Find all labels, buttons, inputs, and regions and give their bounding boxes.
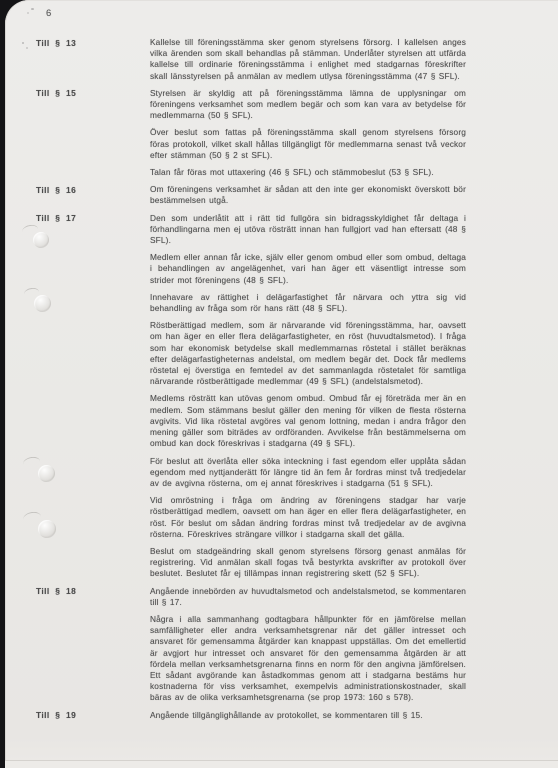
paragraph: Angående innebörden av huvudtalsmetod oc… (150, 586, 466, 608)
paragraph: Talan får föras mot uttaxering (46 § SFL… (150, 167, 466, 178)
paragraph: Några i alla sammanhang godtagbara hållp… (150, 614, 466, 704)
paragraph: Innehavare av rättighet i delägarfastigh… (150, 292, 466, 314)
paragraph: Styrelsen är skyldig att på föreningsstä… (150, 88, 466, 122)
section-text: Om föreningens verksamhet är sådan att d… (150, 184, 466, 212)
margin-label: Till § 19 (36, 710, 150, 721)
paragraph: Angående tillgänglighållande av protokol… (150, 710, 466, 721)
page-number: 6 (46, 8, 51, 19)
section-text: Kallelse till föreningsstämma sker genom… (150, 37, 466, 88)
paragraph: Över beslut som fattas på föreningsstämm… (150, 127, 466, 161)
paragraph: Kallelse till föreningsstämma sker genom… (150, 37, 466, 82)
paragraph: För beslut att överlåta eller söka intec… (150, 456, 466, 490)
section-till-15: Till § 15 Styrelsen är skyldig att på fö… (36, 88, 468, 184)
paragraph: Medlem eller annan får icke, själv eller… (150, 252, 466, 286)
margin-label: Till § 13 (36, 37, 150, 48)
document-body: Till § 13 Kallelse till föreningsstämma … (36, 37, 468, 727)
section-text: Angående innebörden av huvudtalsmetod oc… (150, 586, 466, 710)
section-text: Angående tillgänglighållande av protokol… (150, 710, 466, 727)
scanned-document: { "page": { "number": "6" }, "colors": {… (0, 0, 558, 768)
section-till-16: Till § 16 Om föreningens verksamhet är s… (36, 184, 468, 212)
paragraph: Vid omröstning i fråga om ändring av för… (150, 495, 466, 540)
scan-speck (22, 42, 24, 44)
paragraph: Den som underlåtit att i rätt tid fullgö… (150, 213, 466, 247)
section-text: Den som underlåtit att i rätt tid fullgö… (150, 213, 466, 586)
paragraph: Medlems rösträtt kan utövas genom ombud.… (150, 393, 466, 449)
margin-label: Till § 17 (36, 213, 150, 224)
paper-bottom-edge (5, 761, 558, 768)
scan-speck (27, 12, 29, 14)
paragraph: Om föreningens verksamhet är sådan att d… (150, 184, 466, 206)
paragraph: Röstberättigad medlem, som är närvarande… (150, 320, 466, 387)
margin-label: Till § 16 (36, 184, 150, 195)
section-till-18: Till § 18 Angående innebörden av huvudta… (36, 586, 468, 710)
section-till-13: Till § 13 Kallelse till föreningsstämma … (36, 37, 468, 88)
margin-label: Till § 18 (36, 586, 150, 597)
scan-speck (26, 47, 28, 49)
section-text: Styrelsen är skyldig att på föreningsstä… (150, 88, 466, 184)
section-till-17: Till § 17 Den som underlåtit att i rätt … (36, 213, 468, 586)
scan-speck (31, 8, 34, 10)
margin-label: Till § 15 (36, 88, 150, 99)
section-till-19: Till § 19 Angående tillgänglighållande a… (36, 710, 468, 727)
paragraph: Beslut om stadgeändring skall genom styr… (150, 546, 466, 580)
